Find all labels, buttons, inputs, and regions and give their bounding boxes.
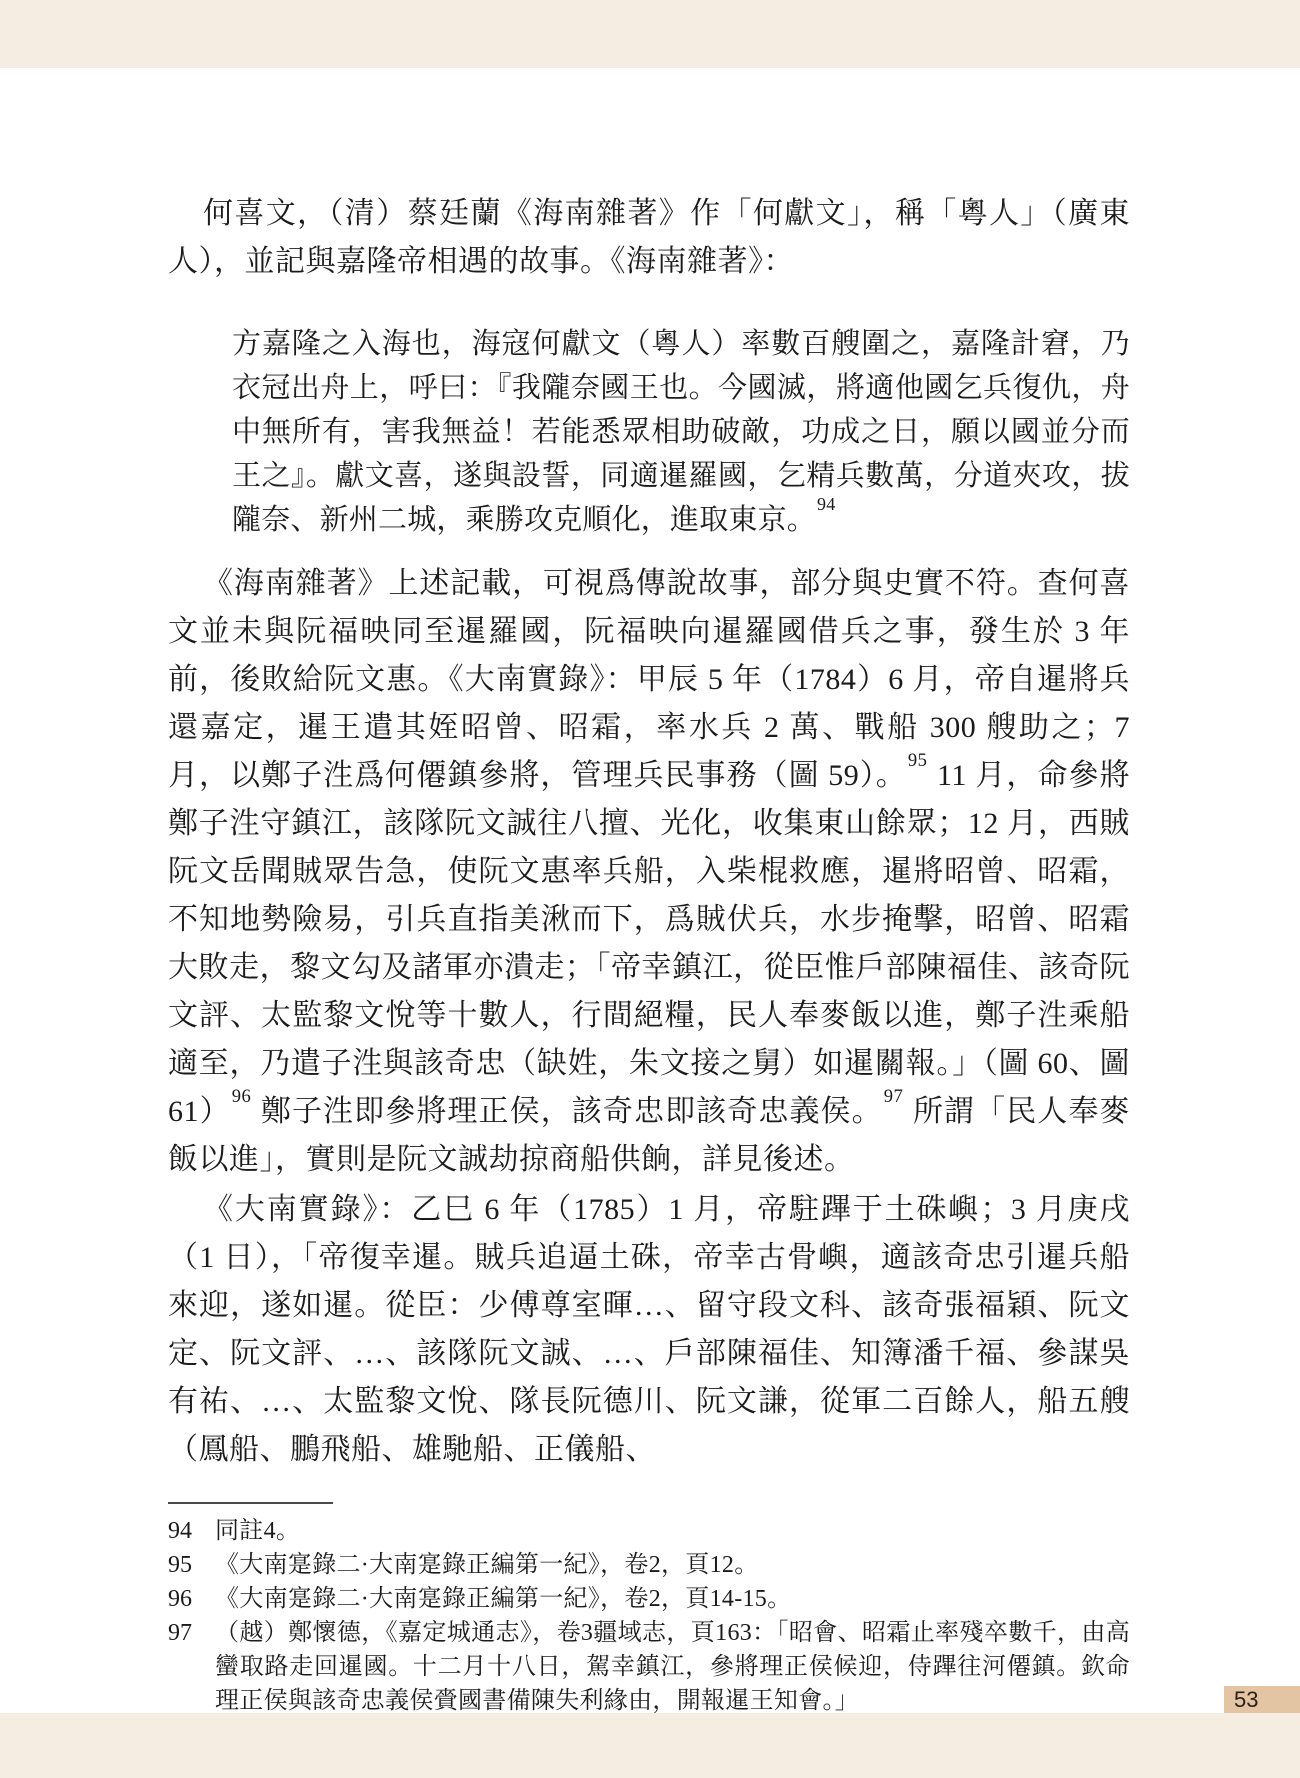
body-paragraph-2: 《海南雜著》上述記載，可視爲傳說故事，部分與史實不符。查何喜文並未與阮福映同至暹… [168, 560, 1130, 1184]
footnote-separator [168, 1502, 333, 1504]
footnote-ref: 95 [908, 750, 928, 771]
footnote-94: 94 同註4。 [168, 1514, 1130, 1548]
footnote-text: 《大南寔錄二·大南寔錄正編第一紀》，卷2，頁14-15。 [215, 1582, 1130, 1616]
footnote-text: 《大南寔錄二·大南寔錄正編第一紀》，卷2，頁12。 [215, 1548, 1130, 1582]
footnote-number: 94 [168, 1514, 215, 1548]
text-run: 《大南實錄》：乙巳 6 年（1785）1 月，帝駐蹕于土硃嶼；3 月庚戌（1 日… [168, 1193, 1130, 1466]
text-run: 11 月，命參將鄭子泩守鎮江，該隊阮文誠往八擅、光化，收集東山餘眾；12 月，西… [168, 759, 1130, 1128]
text-column: 何喜文，（清）蔡廷蘭《海南雜著》作「何獻文」，稱「粵人」（廣東人），並記與嘉隆帝… [168, 68, 1130, 1718]
footnotes: 94 同註4。 95 《大南寔錄二·大南寔錄正編第一紀》，卷2，頁12。 96 … [168, 1514, 1130, 1718]
footnote-text: （越）鄭懷德，《嘉定城通志》，卷3疆域志，頁163：「昭會、昭霜止率殘卒數千，由… [215, 1616, 1130, 1718]
page-body: 何喜文，（清）蔡廷蘭《海南雜著》作「何獻文」，稱「粵人」（廣東人），並記與嘉隆帝… [0, 68, 1300, 1713]
book-page: 何喜文，（清）蔡廷蘭《海南雜著》作「何獻文」，稱「粵人」（廣東人），並記與嘉隆帝… [0, 0, 1300, 1778]
text-run: 何喜文，（清）蔡廷蘭《海南雜著》作「何獻文」，稱「粵人」（廣東人），並記與嘉隆帝… [168, 197, 1130, 278]
footnote-number: 97 [168, 1616, 215, 1650]
footnote-95: 95 《大南寔錄二·大南寔錄正編第一紀》，卷2，頁12。 [168, 1548, 1130, 1582]
page-number: 53 [1234, 1687, 1258, 1713]
footnote-text: 同註4。 [215, 1514, 1130, 1548]
page-number-tab: 53 [1224, 1686, 1300, 1713]
footnote-96: 96 《大南寔錄二·大南寔錄正編第一紀》，卷2，頁14-15。 [168, 1582, 1130, 1616]
top-margin-band [0, 0, 1300, 68]
body-paragraph-3: 《大南實錄》：乙巳 6 年（1785）1 月，帝駐蹕于土硃嶼；3 月庚戌（1 日… [168, 1186, 1130, 1474]
block-quote: 方嘉隆之入海也，海寇何獻文（粵人）率數百艘圍之，嘉隆計窘，乃衣冠出舟上，呼曰：『… [232, 322, 1130, 542]
footnote-ref: 94 [817, 494, 835, 514]
footnote-ref: 97 [884, 1086, 904, 1107]
footnote-ref: 96 [232, 1086, 252, 1107]
footnote-97: 97 （越）鄭懷德，《嘉定城通志》，卷3疆域志，頁163：「昭會、昭霜止率殘卒數… [168, 1616, 1130, 1718]
bottom-margin-band [0, 1713, 1300, 1778]
text-run: 鄭子泩即參將理正侯，該奇忠即該奇忠義侯。 [252, 1095, 882, 1128]
footnote-number: 96 [168, 1582, 215, 1616]
text-run: 方嘉隆之入海也，海寇何獻文（粵人）率數百艘圍之，嘉隆計窘，乃衣冠出舟上，呼曰：『… [232, 328, 1130, 536]
footnote-number: 95 [168, 1548, 215, 1582]
intro-paragraph: 何喜文，（清）蔡廷蘭《海南雜著》作「何獻文」，稱「粵人」（廣東人），並記與嘉隆帝… [168, 190, 1130, 286]
